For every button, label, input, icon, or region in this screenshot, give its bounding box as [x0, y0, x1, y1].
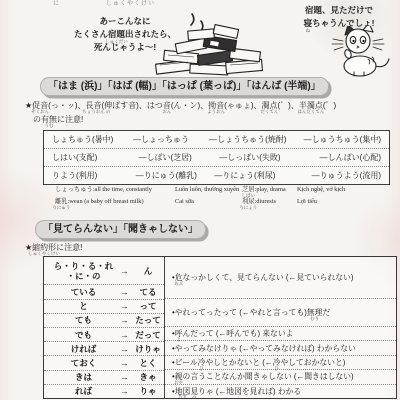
contraction-note: ★縮約形しゅくやくけいに注意!: [25, 242, 82, 253]
top-cutoff-fragment: に: [53, 0, 60, 7]
vocab-gloss: しょっちゅう:all the time, constantly: [55, 184, 175, 195]
contracted-result: だって: [132, 329, 164, 341]
contraction-pattern-row: と→って: [44, 299, 164, 313]
example-sentence: •呼よんだって (←呼んでも) 来ないよ: [165, 326, 396, 340]
vocab-gloss: Kịch nghệ, vở kịch: [297, 184, 395, 195]
word-cell: しはい(支配): [52, 152, 139, 163]
contraction-pattern-row: でも→だって: [44, 327, 164, 341]
word-cell: りにゅう(離乳): [144, 170, 214, 181]
pattern-text: ければ: [50, 344, 117, 354]
contraction-pattern-row: ている→てる: [44, 284, 164, 298]
contracted-result: けりゃ: [132, 343, 164, 355]
contraction-pattern-row: ても→たって: [44, 313, 164, 327]
pattern-text: でも: [50, 330, 117, 340]
section-title-minimal-pairs: 「はま (浜)」「はば (幅)」「はっぱ (葉っぱ)」「はんば (半端)」: [40, 77, 329, 96]
arrow-icon: →: [117, 358, 132, 368]
arrow-icon: →: [117, 386, 132, 396]
arrow-icon: →: [117, 330, 132, 340]
dash-separator: ―: [219, 153, 227, 162]
example-sentence: •地図ちず見みりゃ (←地図を見れば) わかる: [165, 384, 396, 398]
arrow-icon: →: [117, 287, 132, 297]
vocab-gloss: 芝居しばい:play, drama: [242, 184, 297, 195]
word-cell: しばい(芝居): [147, 152, 220, 163]
dash-separator: ―: [133, 135, 141, 144]
contraction-pattern-row: ておく→とく: [44, 355, 164, 369]
contracted-result: って: [132, 300, 164, 312]
contracted-result: たって: [132, 314, 164, 326]
vocab-gloss: Cai sữa: [175, 196, 242, 207]
contracted-result: とく: [132, 357, 164, 369]
dash-separator: ―: [214, 171, 222, 180]
pattern-text: ておく: [50, 358, 117, 368]
minimal-pair-row: しょちゅう(暑中)―しょっちゅう―しょうちゅう(焼酎)―しゅうちゅう(集中): [44, 131, 389, 148]
contraction-pattern-row: ければ→けりゃ: [44, 341, 164, 355]
speech-line: 宿題、見ただけで: [280, 4, 398, 17]
contraction-pattern-row: きは→きゃ: [44, 370, 164, 384]
dash-separator: ―: [320, 153, 328, 162]
minimal-pairs-table: しょちゅう(暑中)―しょっちゅう―しょうちゅう(焼酎)―しゅうちゅう(集中)しは…: [43, 130, 390, 185]
dash-separator: ―: [136, 171, 144, 180]
arrow-icon: →: [117, 266, 132, 276]
pattern-text: れば: [50, 386, 117, 396]
dash-separator: ―: [139, 153, 147, 162]
word-cell: りゅうよう(流用): [320, 170, 381, 181]
contracted-result: てる: [132, 286, 164, 298]
example-sentence: •親おやの言うことなんか聞きゃしない (←聞きはしない): [165, 369, 396, 383]
pattern-text: ている: [50, 287, 117, 297]
word-cell: しゅうちゅう(集中): [312, 134, 381, 145]
example-sentence: •ビール冷ひやしとかないと (←冷ひやしておかないと): [165, 355, 396, 369]
dash-separator: ―: [304, 135, 312, 144]
contracted-result: ん: [132, 265, 164, 277]
example-sentence: •危あぶなっかしくて、見てらんない (←見ていられない): [165, 257, 396, 298]
contraction-pattern-row: れば→りゃ: [44, 384, 164, 398]
example-sentence: •やれってったって (←やれと言っても) 無理むりだ: [165, 298, 396, 326]
contraction-pattern-row: ら・り・る・れ・に・の→ん: [44, 257, 164, 284]
contracted-result: きゃ: [132, 371, 164, 383]
word-cell: しっぱい(失敗): [227, 152, 319, 163]
pattern-text: ら・り・る・れ・に・の: [50, 261, 117, 281]
pattern-text: きは: [50, 372, 117, 382]
contracted-result: りゃ: [132, 385, 164, 397]
top-cutoff-fragment: しゅくやくけい: [106, 0, 155, 7]
contraction-patterns-column: ら・り・る・れ・に・の→んている→てると→ってても→たってでも→だってければ→け…: [44, 257, 165, 398]
word-cell: りよう(利用): [52, 170, 136, 181]
vocab-gloss: Luôn luôn, thường xuyên: [175, 184, 242, 195]
word-cell: しょっちゅう: [141, 134, 209, 145]
scanned-textbook-page: に しゅくやくけい あーこんなに たくさん宿題しゅくだい出されたら、 死んじゃう…: [0, 0, 400, 400]
sound-contrast-note-line1: ★促音そくおん(っ・ッ)、長音ちょうおん(伸のばす音)、はつ音おん(ん・ン)、拗…: [25, 100, 336, 111]
minimal-pair-row: りよう(利用)―りにゅう(離乳)―りにょう(利尿)―りゅうよう(流用): [44, 166, 389, 184]
word-cell: りにょう(利尿): [222, 170, 311, 181]
cat-illustration: [330, 26, 394, 78]
minimal-pair-row: しはい(支配)―しばい(芝居)―しっぱい(失敗)―しんぱい(心配): [44, 148, 389, 166]
arrow-icon: →: [117, 344, 132, 354]
dash-separator: ―: [312, 171, 320, 180]
dash-separator: ―: [209, 135, 217, 144]
word-cell: しんぱい(心配): [328, 152, 381, 163]
pattern-text: ても: [50, 315, 117, 325]
contraction-examples-column: •危あぶなっかしくて、見てらんない (←見ていられない)•やれってったって (←…: [165, 257, 396, 398]
contracted-forms-table: ら・り・る・れ・に・の→んている→てると→ってても→たってでも→だってければ→け…: [43, 256, 397, 399]
section-title-contracted-forms: 「見てらんない」「聞きゃしない」: [35, 220, 206, 239]
pattern-text: と: [50, 301, 117, 311]
sound-contrast-note-line2: の有無うむに注意!: [33, 114, 83, 125]
arrow-icon: →: [117, 301, 132, 311]
vocab-gloss: 離乳りにゅう:wean (a baby off breast milk): [55, 196, 175, 207]
homework-pile-illustration: [148, 24, 278, 78]
arrow-icon: →: [117, 315, 132, 325]
vocab-gloss: 利尿りにょう:diuresis: [242, 196, 297, 207]
word-cell: しょうちゅう(焼酎): [217, 134, 304, 145]
vocabulary-glosses: しょっちゅう:all the time, constantlyLuôn luôn…: [55, 184, 395, 207]
word-cell: しょちゅう(暑中): [52, 134, 133, 145]
example-sentence: •やってみなけりゃ (←やってみなければ) わからない: [165, 340, 396, 354]
vocab-gloss: Lợi tiểu: [297, 196, 395, 207]
arrow-icon: →: [117, 372, 132, 382]
